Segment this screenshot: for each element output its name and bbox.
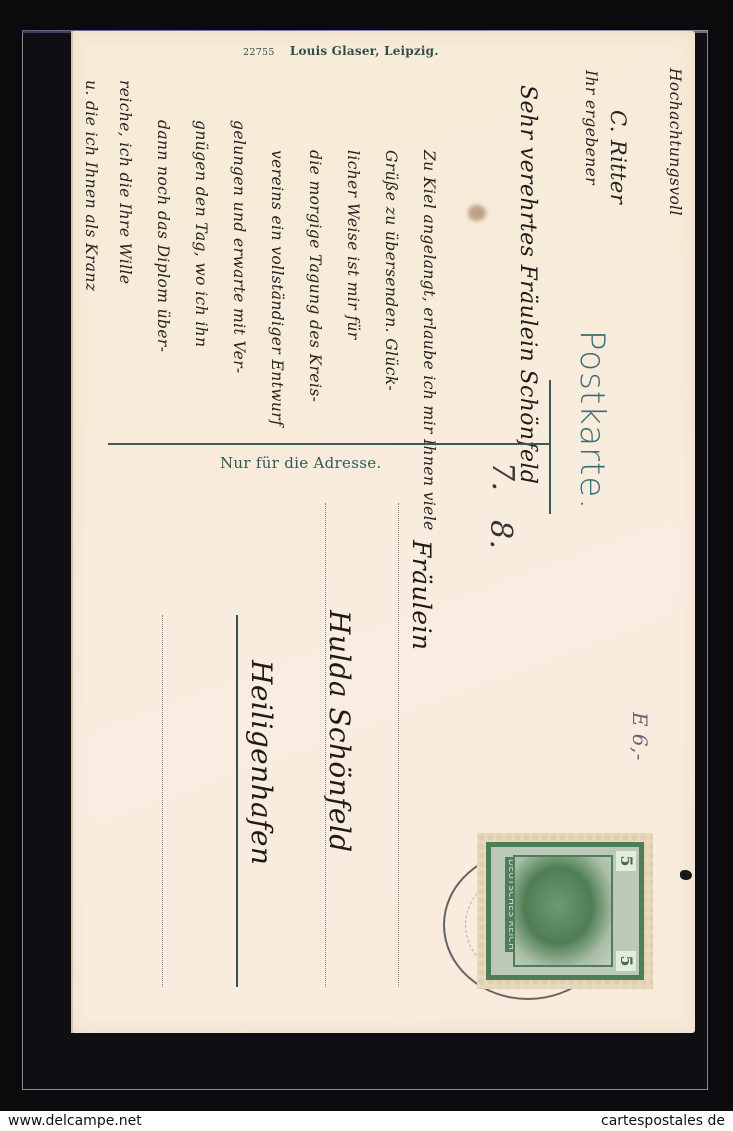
stamp-value: 5 — [616, 851, 636, 871]
address-divider-vertical — [549, 380, 551, 514]
address-salutation: Fräulein — [407, 540, 436, 650]
publisher-imprint: 22755 Louis Glaser, Leipzig. — [243, 40, 439, 59]
message-line: vereins ein vollständiger Entwurf — [268, 150, 286, 426]
card-title: Postkarte. — [572, 330, 612, 510]
message-line: die morgige Tagung des Kreis- — [306, 150, 324, 402]
stamp-body: DEUTSCHES REICH 5 5 — [486, 842, 644, 980]
address-name: Hulda Schönfeld — [323, 610, 356, 853]
address-line — [398, 503, 399, 987]
card-edge — [71, 31, 73, 1033]
message-line: Grüße zu übersenden. Glück- — [382, 150, 400, 391]
message-line: dann noch das Diplom über- — [154, 120, 172, 352]
date-day: 7. — [485, 462, 520, 491]
message-line: u. die ich Ihnen als Kranz — [82, 80, 100, 291]
message-signature: C. Ritter — [606, 110, 630, 204]
message-line: gelungen und erwarte mit Ver- — [230, 120, 248, 374]
address-city: Heiligenhafen — [245, 660, 278, 865]
message-line: licher Weise ist mir für — [344, 150, 362, 340]
ink-spot — [680, 870, 692, 880]
watermark-left: www.delcampe.net — [8, 1112, 142, 1131]
stamp-value: 5 — [616, 951, 636, 971]
message-header: Sehr verehrtes Fräulein Schönfeld — [515, 85, 540, 484]
germania-portrait-icon — [513, 855, 613, 967]
message-line: Zu Kiel angelangt, erlaube ich mir Ihnen… — [420, 150, 438, 531]
message-line: gnügen den Tag, wo ich ihn — [192, 120, 210, 347]
postage-stamp: DEUTSCHES REICH 5 5 — [477, 833, 653, 989]
address-divider-horizontal — [108, 443, 551, 445]
publisher-number: 22755 — [243, 47, 275, 58]
ink-stain — [468, 205, 486, 221]
publisher-name: Louis Glaser, Leipzig. — [290, 44, 439, 58]
address-label: Nur für die Adresse. — [220, 454, 381, 472]
message-closing: Ihr ergebener — [582, 70, 600, 185]
pencil-price-note: E 6,- — [628, 712, 652, 761]
address-line — [162, 615, 163, 987]
watermark-right: cartespostales de — [601, 1112, 725, 1131]
date-month: 8. — [483, 520, 518, 549]
message-signature-line: Hochachtungsvoll — [666, 68, 684, 216]
address-line-destination — [236, 615, 238, 987]
message-line: reiche, ich die Ihre Wille — [116, 80, 134, 284]
